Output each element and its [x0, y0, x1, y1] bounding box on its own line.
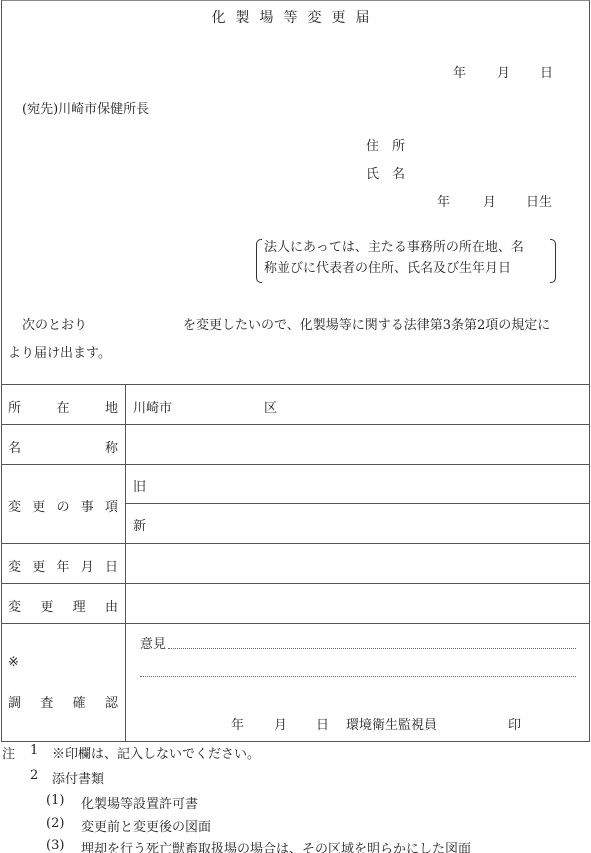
table-top-line	[1, 384, 589, 385]
opinion-label: 意見	[140, 633, 166, 652]
location-city: 川崎市	[133, 397, 172, 416]
right-bracket	[550, 239, 556, 283]
attachment-3-num: (3)	[46, 838, 64, 853]
notes-heading: 注	[2, 743, 15, 762]
corporate-note-line2: 称並びに代表者の住所、氏名及び生年月日	[264, 258, 524, 279]
change-date-field[interactable]	[128, 545, 586, 581]
note-1-num: 1	[30, 743, 38, 758]
left-bracket	[256, 239, 262, 283]
opinion-dotted-line	[168, 648, 576, 649]
reference-mark: ※	[8, 655, 19, 670]
corporate-note-line1: 法人にあっては、主たる事務所の所在地、名	[264, 237, 524, 258]
row-divider	[1, 583, 589, 584]
row-divider	[1, 543, 589, 544]
old-label: 旧	[133, 476, 146, 495]
change-reason-label: 変 更 理 由	[8, 596, 118, 615]
new-label: 新	[133, 515, 146, 534]
applicant-address-label: 住 所	[366, 135, 405, 154]
attachment-1-text: 化製場等設置許可書	[81, 793, 198, 812]
inspector-label: 環境衛生監視員	[346, 714, 437, 733]
row-divider	[1, 424, 589, 425]
note-2-num: 2	[30, 768, 38, 783]
birth-year-label: 年	[437, 191, 450, 210]
opinion-dotted-line	[140, 676, 576, 677]
statement-part1: 次のとおり	[22, 314, 87, 333]
sign-day-label: 日	[316, 714, 329, 733]
corporate-note: 法人にあっては、主たる事務所の所在地、名 称並びに代表者の住所、氏名及び生年月日	[256, 237, 556, 283]
date-year-label: 年	[453, 62, 466, 81]
sign-year-label: 年	[231, 714, 244, 733]
statement-line2: より届け出ます。	[8, 342, 111, 361]
seal-label: 印	[508, 714, 521, 733]
form-title: 化製場等変更届	[0, 7, 591, 27]
statement-part2: を変更したいので、化製場等に関する法律第3条第2項の規定に	[183, 314, 550, 333]
attachment-1-num: (1)	[46, 793, 64, 808]
sign-month-label: 月	[274, 714, 287, 733]
addressee: (宛先)川崎市保健所長	[22, 98, 149, 117]
attachment-2-text: 変更前と変更後の図面	[81, 816, 211, 835]
row-divider	[1, 623, 589, 624]
note-1-text: ※印欄は、記入しないでください。	[52, 743, 260, 762]
applicant-name-label: 氏 名	[366, 163, 405, 182]
inspection-label: 調 査 確 認	[8, 692, 118, 711]
change-date-label: 変 更 年 月 日	[8, 556, 118, 575]
birth-month-label: 月	[483, 191, 496, 210]
old-new-divider	[125, 503, 589, 504]
date-day-label: 日	[540, 62, 553, 81]
column-divider	[125, 384, 126, 741]
attachment-2-num: (2)	[46, 816, 64, 831]
row-divider	[1, 464, 589, 465]
location-label: 所 在 地	[8, 397, 118, 416]
change-reason-field[interactable]	[128, 585, 586, 621]
name-field[interactable]	[128, 426, 586, 462]
change-item-label: 変 更 の 事 項	[8, 496, 118, 515]
birth-day-label: 日生	[526, 191, 552, 210]
note-2-text: 添付書類	[52, 768, 104, 787]
name-label: 名 称	[8, 437, 118, 456]
location-ward: 区	[264, 397, 277, 416]
date-month-label: 月	[497, 62, 510, 81]
attachment-3-text: 埋却を行う死亡獣畜取扱場の場合は、その区域を明らかにした図面	[81, 838, 471, 853]
